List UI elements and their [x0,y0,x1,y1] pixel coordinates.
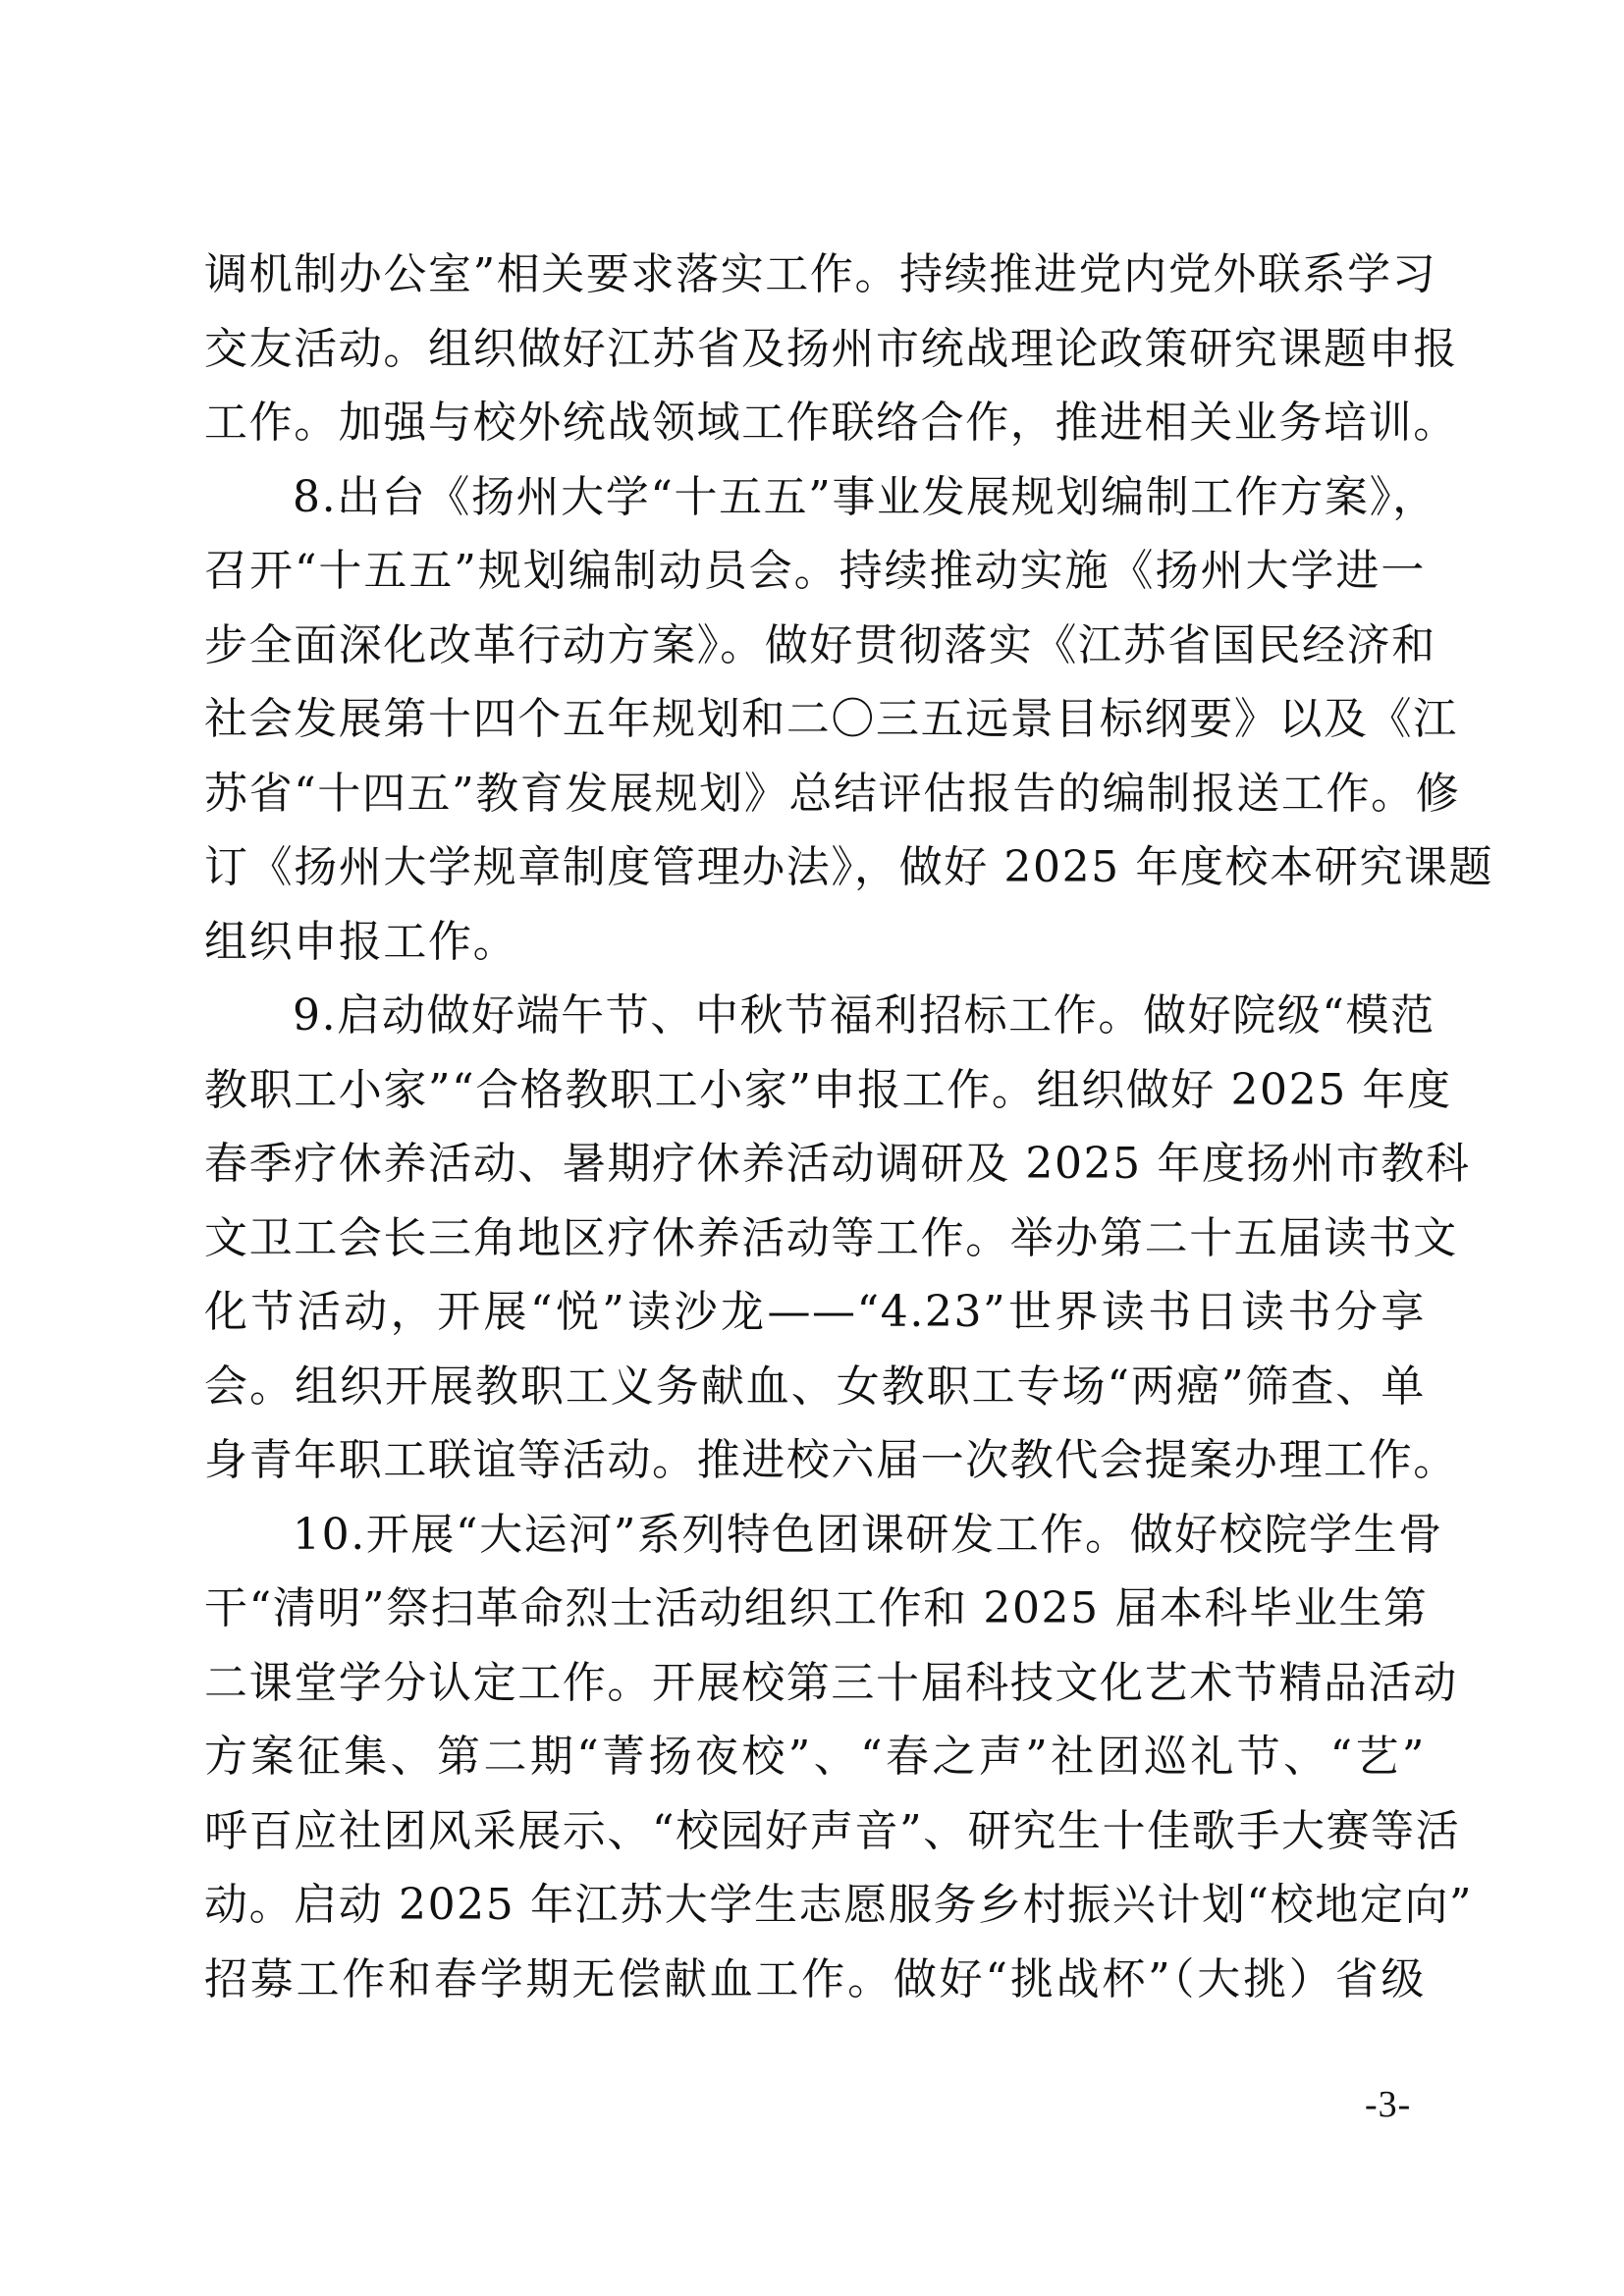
text-line: 步全面深化改革行动方案》。做好贯彻落实《江苏省国民经济和 [204,616,1426,691]
document-page: 调机制办公室”相关要求落实工作。持续推进党内党外联系学习 交友活动。组织做好江苏… [0,0,1624,2296]
text-line: 调机制办公室”相关要求落实工作。持续推进党内党外联系学习 [204,245,1426,320]
text-line: 交友活动。组织做好江苏省及扬州市统战理论政策研究课题申报 [204,320,1426,395]
text-line: 召开“十五五”规划编制动员会。持续推动实施《扬州大学进一 [204,542,1426,616]
text-line: 10.开展“大运河”系列特色团课研发工作。做好校院学生骨 [204,1506,1426,1580]
text-line: 9.启动做好端午节、中秋节福利招标工作。做好院级“模范 [204,987,1426,1061]
text-line: 方案征集、第二期“菁扬夜校”、“春之声”社团巡礼节、“艺” [204,1728,1426,1802]
text-line: 8.出台《扬州大学“十五五”事业发展规划编制工作方案》， [204,468,1426,543]
paragraph-10: 10.开展“大运河”系列特色团课研发工作。做好校院学生骨 干“清明”祭扫革命烈士… [204,1506,1426,2025]
text-line: 身青年职工联谊等活动。推进校六届一次教代会提案办理工作。 [204,1431,1426,1506]
text-line: 春季疗休养活动、暑期疗休养活动调研及 2025 年度扬州市教科 [204,1135,1426,1209]
paragraph-7-continued: 调机制办公室”相关要求落实工作。持续推进党内党外联系学习 交友活动。组织做好江苏… [204,245,1426,468]
text-line: 招募工作和春学期无偿献血工作。做好“挑战杯”（大挑）省级 [204,1950,1426,2025]
text-line: 会。组织开展教职工义务献血、女教职工专场“两癌”筛查、单 [204,1358,1426,1432]
text-line: 苏省“十四五”教育发展规划》总结评估报告的编制报送工作。修 [204,765,1426,839]
text-line: 文卫工会长三角地区疗休养活动等工作。举办第二十五届读书文 [204,1209,1426,1284]
paragraph-8: 8.出台《扬州大学“十五五”事业发展规划编制工作方案》， 召开“十五五”规划编制… [204,468,1426,988]
document-body: 调机制办公室”相关要求落实工作。持续推进党内党外联系学习 交友活动。组织做好江苏… [204,245,1426,2024]
text-line: 社会发展第十四个五年规划和二〇三五远景目标纲要》以及《江 [204,690,1426,765]
text-line: 教职工小家”“合格教职工小家”申报工作。组织做好 2025 年度 [204,1061,1426,1136]
text-line: 呼百应社团风采展示、“校园好声音”、研究生十佳歌手大赛等活 [204,1802,1426,1877]
text-line: 订《扬州大学规章制度管理办法》，做好 2025 年度校本研究课题 [204,838,1426,913]
text-line: 二课堂学分认定工作。开展校第三十届科技文化艺术节精品活动 [204,1654,1426,1729]
text-line: 动。启动 2025 年江苏大学生志愿服务乡村振兴计划“校地定向” [204,1876,1426,1950]
text-line: 工作。加强与校外统战领域工作联络合作，推进相关业务培训。 [204,394,1426,468]
page-number: -3- [1365,2083,1411,2126]
text-line: 化节活动，开展“悦”读沙龙——“4.23”世界读书日读书分享 [204,1283,1426,1358]
text-line: 组织申报工作。 [204,913,1426,988]
text-line: 干“清明”祭扫革命烈士活动组织工作和 2025 届本科毕业生第 [204,1579,1426,1654]
paragraph-9: 9.启动做好端午节、中秋节福利招标工作。做好院级“模范 教职工小家”“合格教职工… [204,987,1426,1506]
